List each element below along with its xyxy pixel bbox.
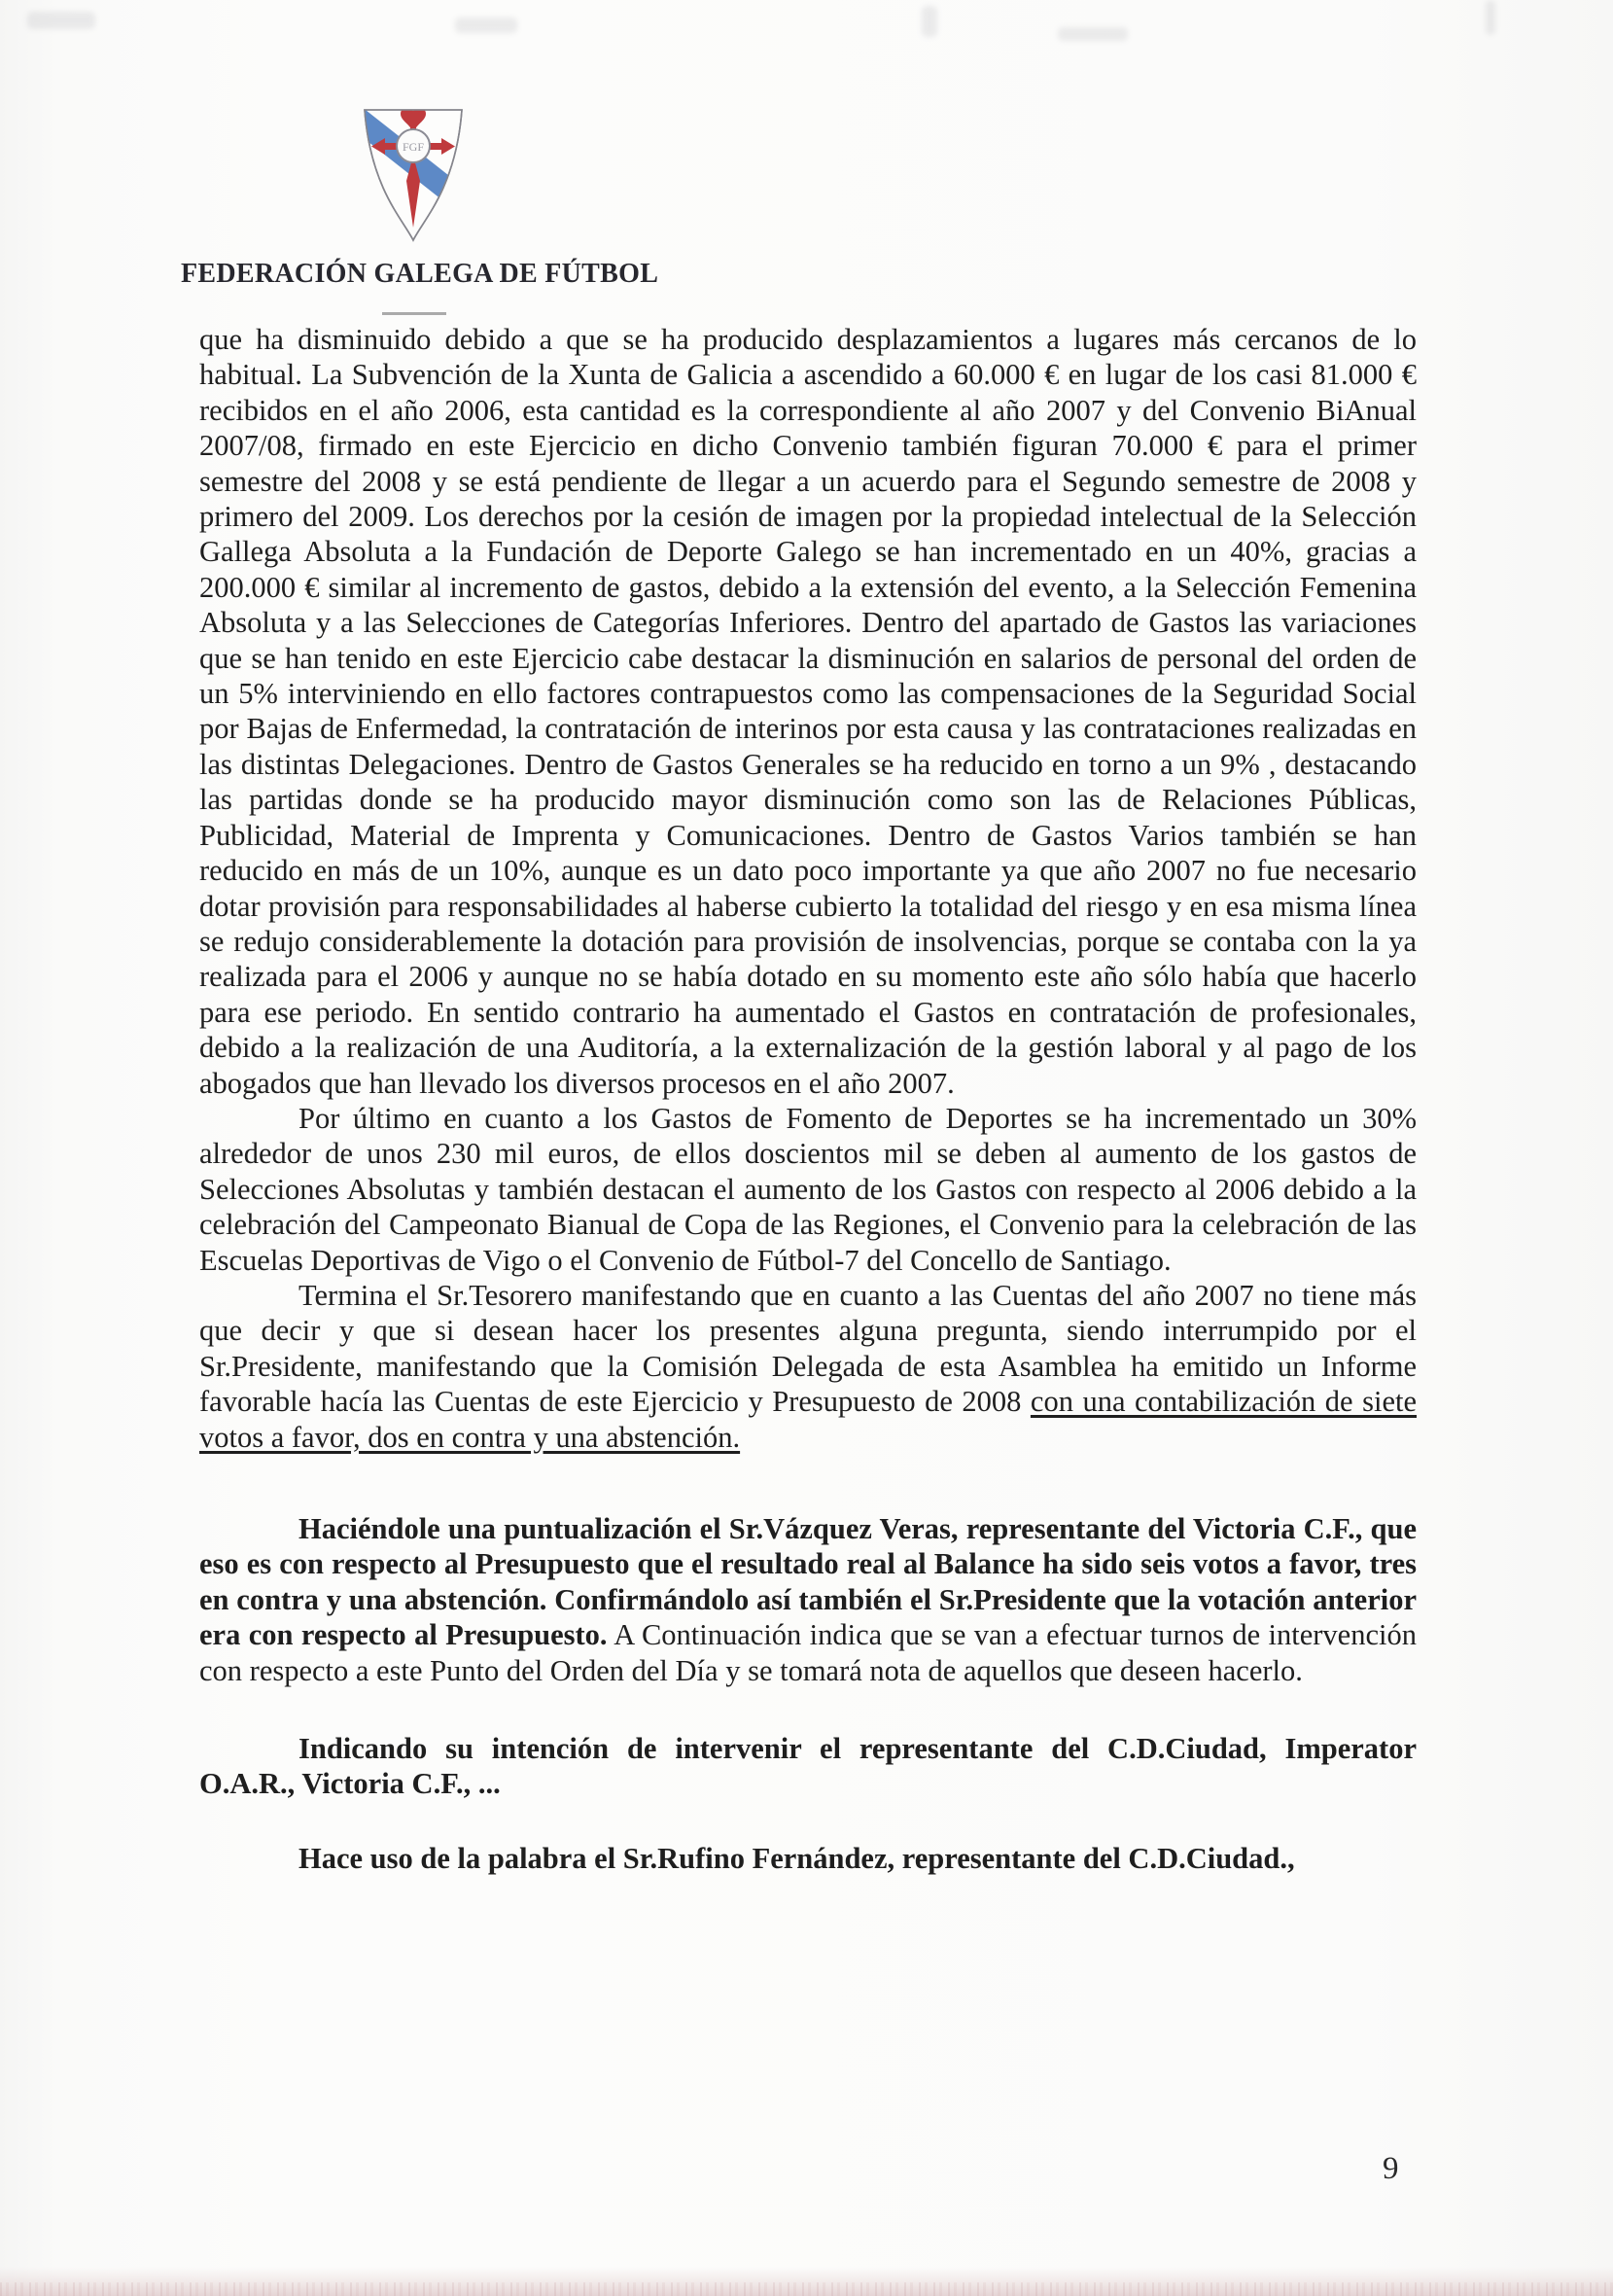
paragraph-vazquez-puntualizacion: Haciéndole una puntualización el Sr.Vázq… xyxy=(199,1511,1417,1688)
paragraph-fomento-deportes: Por último en cuanto a los Gastos de Fom… xyxy=(199,1101,1417,1278)
scanned-document-page: FGF FEDERACIÓN GALEGA DE FÚTBOL que ha d… xyxy=(0,0,1613,2296)
scan-smudge xyxy=(922,6,937,37)
page-number: 9 xyxy=(1383,2151,1399,2187)
logo-monogram-text: FGF xyxy=(403,140,424,154)
scan-edge-streaks xyxy=(0,2282,1613,2296)
scan-smudge xyxy=(27,12,95,29)
shield-crest-icon: FGF xyxy=(358,101,469,245)
document-body: que ha disminuido debido a que se ha pro… xyxy=(199,322,1417,1876)
paragraph-rufino-fernandez: Hace uso de la palabra el Sr.Rufino Fern… xyxy=(199,1841,1417,1876)
header-divider-dash xyxy=(382,312,446,315)
scan-smudge xyxy=(1058,27,1128,41)
scan-smudge xyxy=(455,18,517,33)
paragraph-finances-overview: que ha disminuido debido a que se ha pro… xyxy=(199,322,1417,1101)
organization-name-heading: FEDERACIÓN GALEGA DE FÚTBOL xyxy=(181,259,658,290)
federation-crest-logo: FGF xyxy=(358,101,469,245)
scan-smudge xyxy=(1486,0,1495,35)
paragraph-intencion-intervenir: Indicando su intención de intervenir el … xyxy=(199,1731,1417,1802)
paragraph-tesorero-closing: Termina el Sr.Tesorero manifestando que … xyxy=(199,1278,1417,1455)
